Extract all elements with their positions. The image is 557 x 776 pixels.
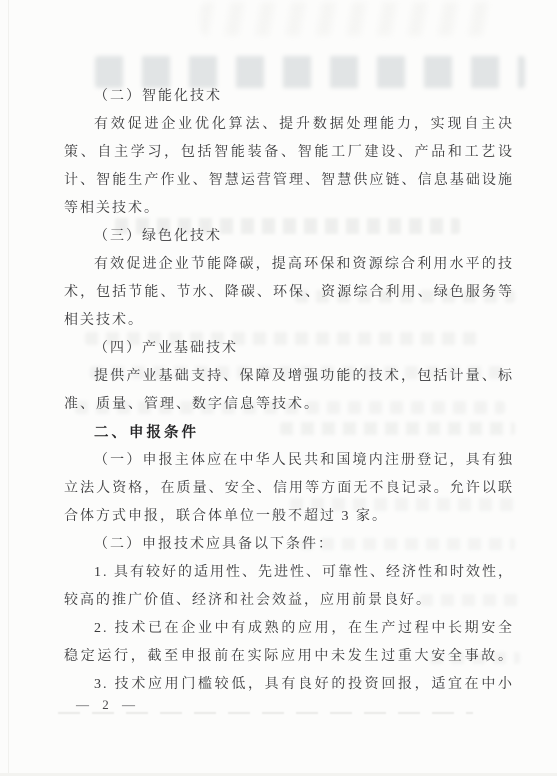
paragraph-line: 计、智能生产作业、智慧运营管理、智慧供应链、信息基础设施 xyxy=(64,167,514,195)
list-item-line: 稳定运行，截至申报前在实际应用中未发生过重大安全事故。 xyxy=(64,643,514,671)
subsection-heading: （二）智能化技术 xyxy=(64,83,514,111)
section-heading: 二、申报条件 xyxy=(64,419,514,447)
paragraph-line: 准、质量、管理、数字信息等技术。 xyxy=(64,391,514,419)
paragraph-line: 立法人资格，在质量、安全、信用等方面无不良记录。允许以联 xyxy=(64,475,514,503)
scan-smudge xyxy=(200,2,500,36)
paragraph-line: 相关技术。 xyxy=(64,307,514,335)
list-item-line: 较高的推广价值、经济和社会效益，应用前景良好。 xyxy=(64,587,514,615)
subsection-heading: （四）产业基础技术 xyxy=(64,335,514,363)
paragraph-line: （一）申报主体应在中华人民共和国境内注册登记，具有独 xyxy=(64,447,514,475)
paragraph-line: 合体方式申报，联合体单位一般不超过 3 家。 xyxy=(64,503,514,531)
paragraph-line: 等相关技术。 xyxy=(64,195,514,223)
scan-artifact-line xyxy=(58,712,473,714)
subsection-heading: （三）绿色化技术 xyxy=(64,223,514,251)
paragraph-line: 提供产业基础支持、保障及增强功能的技术，包括计量、标 xyxy=(64,363,514,391)
scan-left-edge xyxy=(8,0,9,776)
page-number: — 2 — xyxy=(76,697,140,713)
paragraph-line: 术，包括节能、节水、降碳、环保、资源综合利用、绿色服务等 xyxy=(64,279,514,307)
list-item-line: 1. 具有较好的适用性、先进性、可靠性、经济性和时效性， xyxy=(64,559,514,587)
scanned-document-page: （二）智能化技术 有效促进企业优化算法、提升数据处理能力，实现自主决 策、自主学… xyxy=(0,0,557,776)
subsection-heading: （二）申报技术应具备以下条件： xyxy=(64,531,514,559)
paragraph-line: 有效促进企业节能降碳，提高环保和资源综合利用水平的技 xyxy=(64,251,514,279)
list-item-line: 3. 技术应用门槛较低，具有良好的投资回报，适宜在中小 xyxy=(64,671,514,699)
document-body: （二）智能化技术 有效促进企业优化算法、提升数据处理能力，实现自主决 策、自主学… xyxy=(64,83,514,699)
paragraph-line: 策、自主学习，包括智能装备、智能工厂建设、产品和工艺设 xyxy=(64,139,514,167)
paragraph-line: 有效促进企业优化算法、提升数据处理能力，实现自主决 xyxy=(64,111,514,139)
list-item-line: 2. 技术已在企业中有成熟的应用，在生产过程中长期安全 xyxy=(64,615,514,643)
